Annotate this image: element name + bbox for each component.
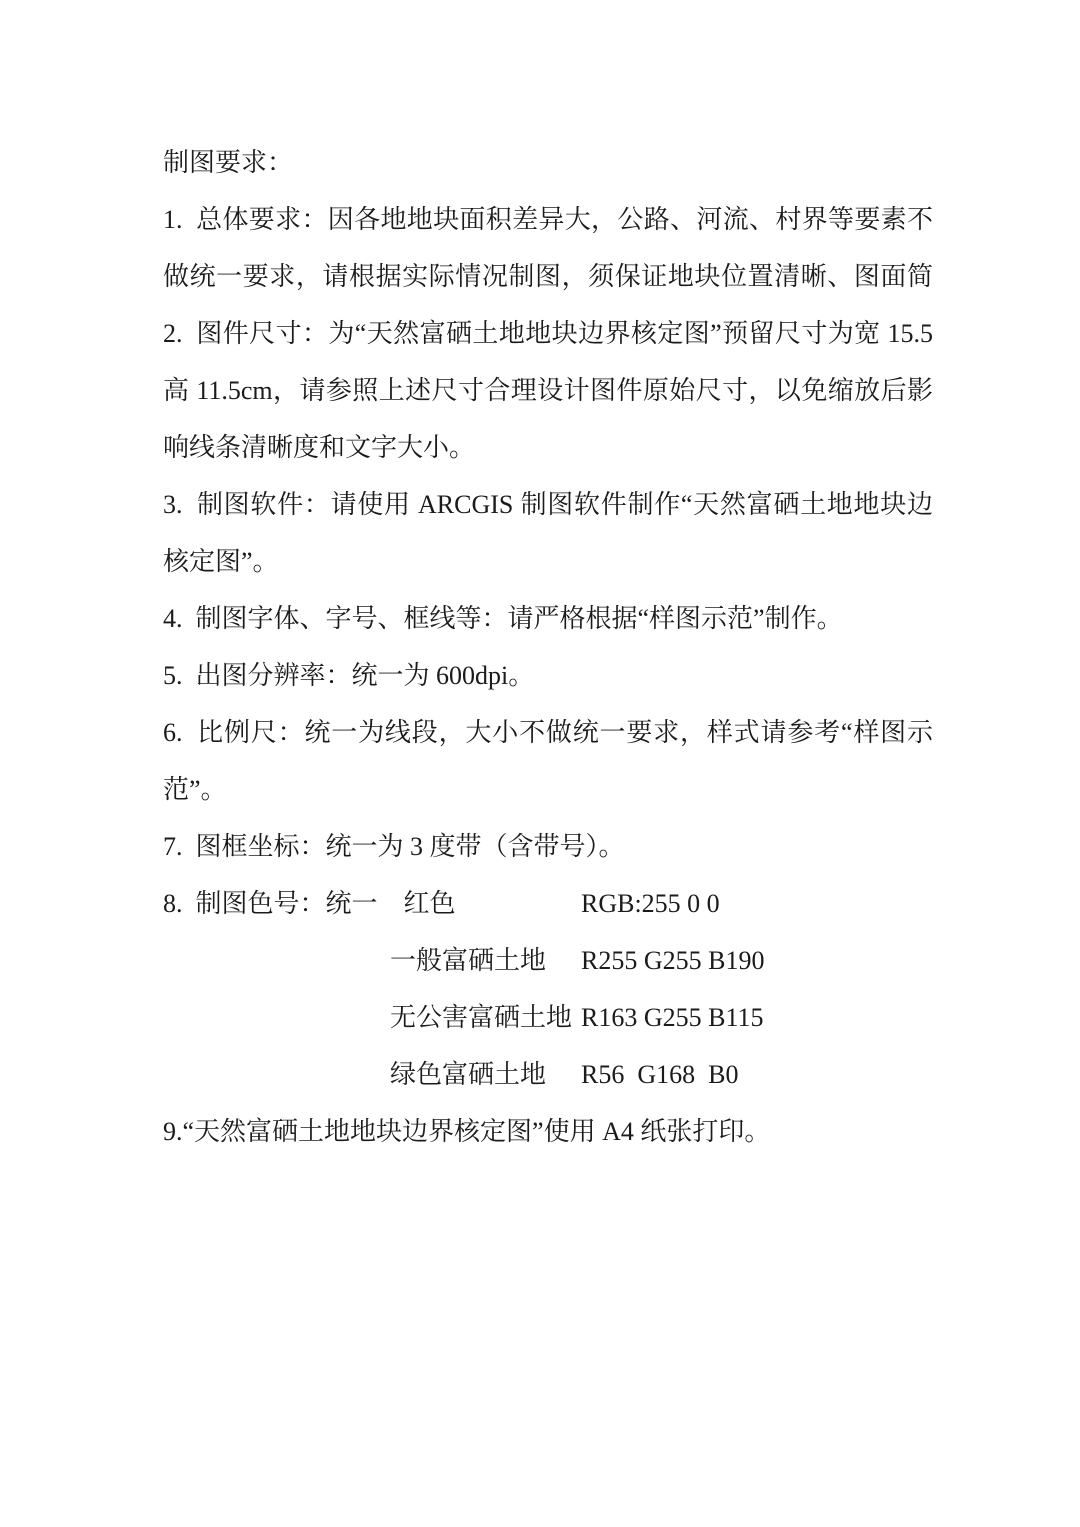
- item-1-line-1: 1. 总体要求：因各地地块面积差异大，公路、河流、村界等要素不: [163, 191, 933, 248]
- document-page: 制图要求： 1. 总体要求：因各地地块面积差异大，公路、河流、村界等要素不 做统…: [0, 0, 1080, 1527]
- item-7-line: 7. 图框坐标：统一为 3 度带（含带号）。: [163, 818, 933, 875]
- color-row-general-selenium-land: 一般富硒土地 R255 G255 B190: [163, 932, 933, 989]
- item-1-line-2: 做统一要求，请根据实际情况制图，须保证地块位置清晰、图面简洁。: [163, 248, 933, 305]
- color-row-value: R163 G255 B115: [581, 989, 764, 1046]
- doc-title: 制图要求：: [163, 134, 933, 191]
- item-8-line: 8. 制图色号：统一 红色 RGB:255 0 0: [163, 875, 933, 932]
- color-row-label: 无公害富硒土地: [390, 989, 572, 1046]
- item-8-prefix: 8. 制图色号：统一 红色: [163, 889, 456, 918]
- color-row-value: R56 G168 B0: [581, 1046, 738, 1103]
- item-4-line: 4. 制图字体、字号、框线等：请严格根据“样图示范”制作。: [163, 590, 933, 647]
- color-row-green-selenium-land: 绿色富硒土地 R56 G168 B0: [163, 1046, 933, 1103]
- item-6-line-2: 范”。: [163, 761, 933, 818]
- item-3-line-2: 核定图”。: [163, 533, 933, 590]
- item-2-line-2: 高 11.5cm，请参照上述尺寸合理设计图件原始尺寸，以免缩放后影: [163, 362, 933, 419]
- document-content: 制图要求： 1. 总体要求：因各地地块面积差异大，公路、河流、村界等要素不 做统…: [163, 134, 933, 1160]
- item-9-line: 9.“天然富硒土地地块边界核定图”使用 A4 纸张打印。: [163, 1103, 933, 1160]
- item-8-rgb-value: RGB:255 0 0: [581, 875, 720, 932]
- item-2-line-1: 2. 图件尺寸：为“天然富硒土地地块边界核定图”预留尺寸为宽 15.5: [163, 305, 933, 362]
- color-row-label: 绿色富硒土地: [390, 1046, 546, 1103]
- item-5-line: 5. 出图分辨率：统一为 600dpi。: [163, 647, 933, 704]
- color-row-pollution-free-selenium-land: 无公害富硒土地 R163 G255 B115: [163, 989, 933, 1046]
- color-row-value: R255 G255 B190: [581, 932, 764, 989]
- item-6-line-1: 6. 比例尺：统一为线段，大小不做统一要求，样式请参考“样图示: [163, 704, 933, 761]
- item-3-line-1: 3. 制图软件：请使用 ARCGIS 制图软件制作“天然富硒土地地块边界: [163, 476, 933, 533]
- item-2-line-3: 响线条清晰度和文字大小。: [163, 419, 933, 476]
- color-row-label: 一般富硒土地: [390, 932, 546, 989]
